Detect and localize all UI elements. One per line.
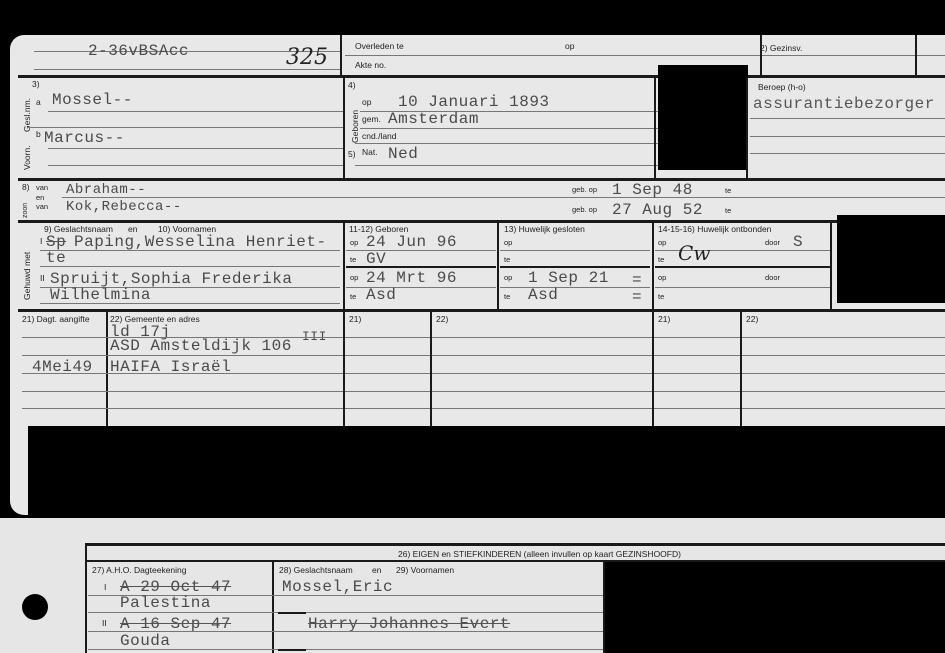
mother-van-label: van <box>36 202 48 211</box>
mother-name-value: Kok,Rebecca-- <box>66 199 182 215</box>
spouse-2-born-date: 24 Mrt 96 <box>366 269 457 287</box>
redacted-region-right <box>837 215 945 303</box>
section-8-label: 8) <box>22 182 30 192</box>
child-2-marker: II <box>102 618 107 628</box>
side-label-son: zoon <box>22 203 29 218</box>
spouse-2-married-place: Asd <box>528 286 558 304</box>
spouse-2-married-place-mark: = <box>632 288 642 306</box>
spouse-2-marker: II <box>40 273 45 283</box>
occupation-value: assurantiebezorger <box>753 95 935 113</box>
akte-label: Akte no. <box>355 60 386 70</box>
surname-value: Mossel-- <box>52 91 133 109</box>
occupation-label: Beroep (h-o) <box>758 82 806 92</box>
col-22-label: 22) <box>436 314 448 324</box>
spouse-1-dissolved-by: S <box>793 233 803 251</box>
registration-card-back: 26) EIGEN en STIEFKINDEREN (alleen invul… <box>0 518 945 653</box>
spouse-1-born-te-label: te <box>350 255 356 264</box>
side-label-given: Voorn. <box>22 145 32 170</box>
registration-card-front: 2-36vBSAcc 325 Overleden te op Akte no. … <box>10 35 945 515</box>
handwritten-number: 325 <box>286 45 328 70</box>
given-names-value: Marcus-- <box>44 129 125 147</box>
children-section-title: 26) EIGEN en STIEFKINDEREN (alleen invul… <box>398 549 681 559</box>
child-2-place: Gouda <box>120 632 171 650</box>
header-child-given: 29) Voornamen <box>396 565 454 575</box>
mother-birth-value: 27 Aug 52 <box>612 201 703 219</box>
spouse-2-name-line2: Wilhelmina <box>50 286 151 304</box>
father-geb-op-label: geb. op <box>572 185 597 194</box>
spouse-2-married-te-label: te <box>504 292 510 301</box>
birth-municipality-value: Amsterdam <box>388 110 479 128</box>
section-5-label: 5) <box>348 149 356 159</box>
birth-gem-label: gem. <box>362 114 381 124</box>
birth-date-value: 10 Januari 1893 <box>398 93 550 111</box>
spouse-1-name-line2: te <box>46 249 66 267</box>
section-3-label: 3) <box>32 79 40 89</box>
punch-hole <box>22 594 48 620</box>
col-21-label: 21) <box>349 314 361 324</box>
birth-op-label: op <box>362 97 371 107</box>
spouse-2-dissolved-op-label: op <box>658 273 666 282</box>
parents-en-label: en <box>36 193 44 202</box>
spouse-1-married-op-label: op <box>504 238 512 247</box>
header-child-surname: 28) Geslachtsnaam <box>279 565 353 575</box>
redacted-region-children <box>605 562 945 653</box>
header-dissolved: 14-15-16) Huwelijk ontbonden <box>658 224 771 234</box>
child-1-place: Palestina <box>120 594 211 612</box>
spouse-2-born-op-label: op <box>350 273 358 282</box>
col-21b-label: 21) <box>658 314 670 324</box>
father-van-label: van <box>36 183 48 192</box>
header-child-en: en <box>372 565 381 575</box>
side-label-married: Gehuwd met <box>22 252 32 300</box>
overleden-op-label: op <box>565 41 574 51</box>
col-22b-label: 22) <box>746 314 758 324</box>
spouse-2-married-date: 1 Sep 21 <box>528 269 609 287</box>
address-entry-2: ASD Amsteldijk 106 <box>110 337 292 355</box>
gezinsv-label: 2) Gezinsv. <box>760 43 802 53</box>
spouse-1-born-op-label: op <box>350 238 358 247</box>
birth-country-label: cnd./land <box>362 131 397 141</box>
overleden-label: Overleden te <box>355 41 404 51</box>
redacted-region-bottom <box>28 426 945 515</box>
side-label-born: Geboren <box>350 110 360 143</box>
section-4-label: 4) <box>348 80 356 90</box>
header-married: 13) Huwelijk gesloten <box>504 224 585 234</box>
spouse-1-dissolved-place: Cw <box>678 241 710 265</box>
spouse-1-dissolved-door-label: door <box>765 238 780 247</box>
spouse-1-dissolved-op-label: op <box>658 238 666 247</box>
surname-marker: a <box>36 97 41 107</box>
spouse-1-marker: I <box>40 236 42 246</box>
spouse-1-born-date: 24 Jun 96 <box>366 233 457 251</box>
mother-te-label: te <box>725 206 731 215</box>
nationality-value: Ned <box>388 145 418 163</box>
spouse-2-dissolved-te-label: te <box>658 292 664 301</box>
spouse-2-born-te-label: te <box>350 292 356 301</box>
spouse-1-married-te-label: te <box>504 255 510 264</box>
file-code: 2-36vBSAcc <box>88 42 189 60</box>
redacted-region-photo <box>658 65 748 170</box>
nationality-label: Nat. <box>362 147 378 157</box>
spouse-1-dissolved-te-label: te <box>658 255 664 264</box>
spouse-2-married-op-label: op <box>504 273 512 282</box>
spouse-2-dissolved-door-label: door <box>765 273 780 282</box>
spouse-2-born-place: Asd <box>366 286 396 304</box>
father-birth-value: 1 Sep 48 <box>612 181 693 199</box>
spouse-1-name-line1: Paping,Wesselina Henriet- <box>74 233 327 251</box>
header-aho-date: 27) A.H.O. Dagteekening <box>92 565 187 575</box>
father-name-value: Abraham-- <box>66 182 146 198</box>
father-te-label: te <box>725 186 731 195</box>
given-marker: b <box>36 129 41 139</box>
child-1-marker: I <box>104 582 106 592</box>
mother-geb-op-label: geb. op <box>572 205 597 214</box>
child-1-name: Mossel,Eric <box>282 578 393 596</box>
header-registration-date: 21) Dagt. aangifte <box>22 314 90 324</box>
